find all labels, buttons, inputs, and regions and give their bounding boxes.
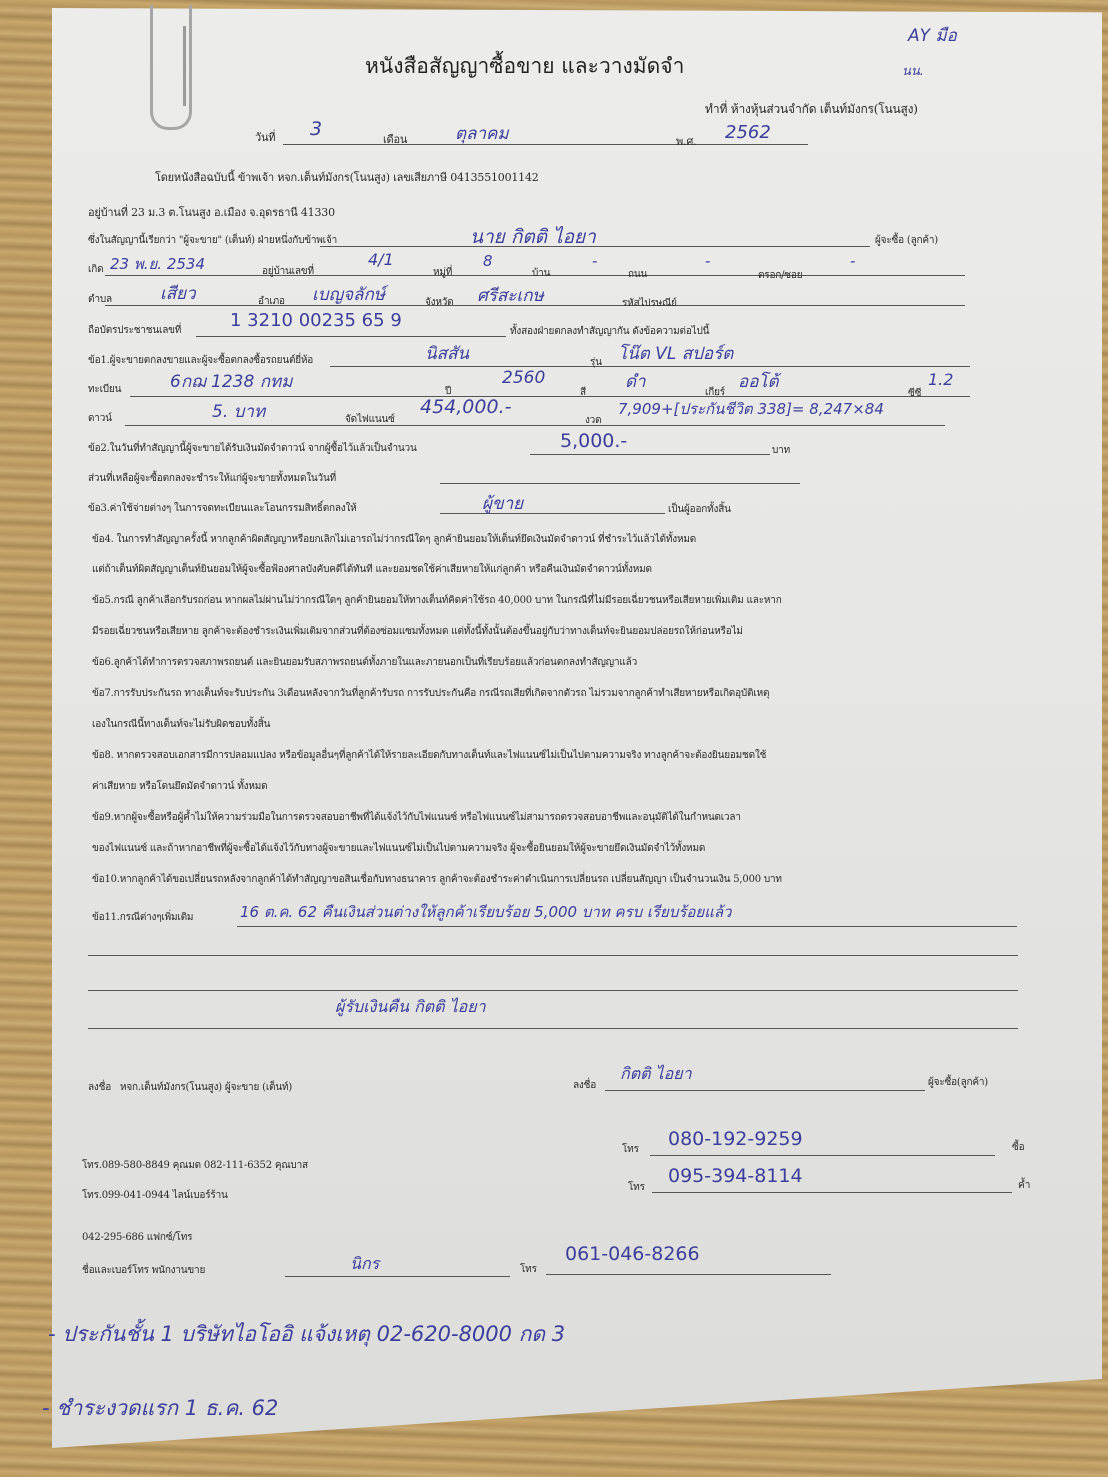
birth-label: เกิด	[88, 262, 103, 277]
seller-address: อยู่บ้านที่ 23 ม.3 ต.โนนสูง อ.เมือง จ.อุ…	[88, 203, 335, 221]
document-title: หนังสือสัญญาซื้อขาย และวางมัดจำ	[365, 50, 684, 83]
id-label: ถือบัตรประชาชนเลขที่	[88, 323, 181, 338]
road-label: ถนน	[628, 267, 647, 282]
day-label: วันที่	[255, 128, 275, 146]
salesperson-phone-line	[546, 1274, 831, 1275]
moo-label: หมู่ที่	[433, 265, 452, 280]
guarantor-phone[interactable]: 095-394-8114	[668, 1165, 803, 1187]
month-label: เดือน	[383, 130, 407, 148]
soi-label: ตรอก/ซอย	[758, 268, 802, 283]
clause1-label: ข้อ1.ผู้จะขายตกลงขายและผู้จะซื้อตกลงซื้อ…	[88, 353, 313, 368]
buyer-name[interactable]: นาย กิตติ ไอยา	[470, 222, 596, 252]
remainder-label: ส่วนที่เหลือผู้จะซื้อตกลงจะชำระให้แก่ผู้…	[88, 471, 336, 486]
salesperson-name[interactable]: นิกร	[350, 1252, 379, 1277]
footer-note-first-payment[interactable]: - ชำระงวดแรก 1 ธ.ค. 62	[42, 1392, 278, 1425]
province-value[interactable]: ศรีสะเกษ	[477, 282, 544, 309]
buyer-phone-label: โทร	[622, 1142, 639, 1157]
clause2-line	[530, 454, 770, 455]
clause-line: ข้อ9.หากผู้จะซื้อหรือผู้ค้ำไม่ให้ความร่ว…	[92, 810, 741, 825]
clause-line: ข้อ7.การรับประกันรถ ทางเต็นท์จะรับประกัน…	[92, 686, 769, 701]
clause3-line	[440, 513, 665, 514]
id-line	[196, 336, 506, 337]
clause3-value[interactable]: ผู้ขาย	[482, 490, 523, 517]
buyer-intro-label: ซึ่งในสัญญานี้เรียกว่า "ผู้จะขาย" (เต็นท…	[88, 233, 337, 248]
date-line	[283, 144, 808, 145]
clause-line: ข้อ8. หากตรวจสอบเอกสารมีการปลอมแปลง หรือ…	[92, 748, 766, 763]
moo-value[interactable]: 8	[483, 252, 493, 270]
installment-label: งวด	[585, 413, 601, 428]
id-value[interactable]: 1 3210 00235 65 9	[230, 310, 402, 331]
clause-line: ข้อ4. ในการทำสัญญาครั้งนี้ หากลูกค้าผิดส…	[92, 532, 696, 547]
seller-sign-label: ลงชื่อ	[88, 1080, 111, 1095]
corner-note-2: นน.	[902, 60, 924, 81]
clause-line: ข้อ10.หากลูกค้าได้ขอเปลี่ยนรถหลังจากลูกค…	[92, 872, 782, 887]
year-value[interactable]: 2562	[725, 122, 771, 143]
brand-value[interactable]: นิสสัน	[425, 340, 469, 367]
model-value[interactable]: โน๊ต VL สปอร์ต	[618, 340, 733, 367]
clause2-amount[interactable]: 5,000.-	[560, 430, 627, 452]
clause-line: แต่ถ้าเต็นท์ผิดสัญญาเต็นท์ยินยอมให้ผู้จะ…	[92, 562, 652, 577]
clause11-label: ข้อ11.กรณีต่างๆเพิ่มเติม	[92, 910, 193, 925]
salesperson-label: ชื่อและเบอร์โทร พนักงานขาย	[82, 1263, 205, 1278]
clause11-note-3[interactable]: ผู้รับเงินคืน กิตติ ไอยา	[335, 995, 486, 1020]
down-label: ดาวน์	[88, 411, 112, 426]
district-value[interactable]: เบญจลักษ์	[312, 281, 385, 308]
footer-note-insurance[interactable]: - ประกันชั้น 1 บริษัทไอโออิ แจ้งเหตุ 02-…	[48, 1318, 565, 1351]
subdistrict-value[interactable]: เสียว	[160, 280, 196, 307]
road-value[interactable]: -	[705, 252, 710, 270]
house-value[interactable]: 4/1	[368, 250, 394, 269]
color-value[interactable]: ดำ	[625, 368, 646, 395]
clause-line: ข้อ5.กรณี ลูกค้าเลือกรับรถก่อน หากผลไม่ผ…	[92, 593, 782, 608]
place-label: ทำที่ ห้างหุ้นส่วนจำกัด เต็นท์มังกร(โนนส…	[705, 100, 918, 119]
month-value[interactable]: ตุลาคม	[455, 120, 509, 147]
buyer-signature[interactable]: กิตติ ไอยา	[620, 1062, 692, 1087]
buyer-phone-suffix: ซื้อ	[1012, 1140, 1024, 1155]
clause11-line-4	[88, 1028, 1018, 1029]
clause-line: ข้อ6.ลูกค้าได้ทำการตรวจสภาพรถยนต์ และยิน…	[92, 655, 637, 670]
day-value[interactable]: 3	[310, 118, 322, 140]
color-label: สี	[580, 385, 586, 400]
clause-line: มีรอยเฉี่ยวชนหรือเสียหาย ลูกค้าจะต้องชำร…	[92, 624, 743, 639]
installment-value[interactable]: 7,909+[ประกันชีวิต 338]= 8,247×84	[618, 397, 884, 421]
finance-label: จัดไฟแนนซ์	[345, 412, 395, 427]
seller-intro: โดยหนังสือฉบับนี้ ข้าพเจ้า หจก.เต็นท์มัง…	[155, 168, 539, 186]
paperclip-inner-icon	[183, 26, 186, 106]
plate-value[interactable]: 6กฌ 1238 กทม	[170, 368, 292, 395]
village-label: บ้าน	[532, 266, 550, 281]
cc-label: ซีซี	[908, 386, 921, 401]
vehicle-year-value[interactable]: 2560	[502, 368, 545, 388]
clause11-line-1	[237, 926, 1017, 927]
down-value[interactable]: 5. บาท	[212, 398, 265, 425]
buyer-sign-line	[605, 1090, 925, 1091]
buyer-role-label: ผู้จะซื้อ (ลูกค้า)	[875, 233, 938, 248]
clause2-unit: บาท	[772, 443, 790, 458]
buyer-sign-label: ลงชื่อ	[573, 1078, 596, 1093]
model-label: รุ่น	[590, 355, 602, 370]
tent-phones: โทร.089-580-8849 คุณมด 082-111-6352 คุณบ…	[82, 1158, 308, 1173]
corner-note-1: AY มือ	[908, 22, 957, 49]
fax: 042-295-686 แฟกซ์/โทร	[82, 1230, 192, 1245]
year-label: พ.ศ.	[676, 132, 696, 150]
buyer-phone-line	[650, 1155, 995, 1156]
birth-value[interactable]: 23 พ.ย. 2534	[110, 252, 205, 276]
salesperson-phone-label: โทร	[520, 1262, 537, 1277]
salesperson-phone[interactable]: 061-046-8266	[565, 1243, 700, 1265]
buyer-role: ผู้จะซื้อ(ลูกค้า)	[928, 1075, 988, 1090]
gear-value[interactable]: ออโต้	[738, 368, 779, 395]
district-label: อำเภอ	[258, 294, 285, 309]
village-value[interactable]: -	[592, 252, 597, 270]
finance-value[interactable]: 454,000.-	[420, 396, 511, 418]
province-label: จังหวัด	[425, 295, 453, 310]
clause-line: ค่าเสียหาย หรือโดนยึดมัดจำดาวน์ ทั้งหมด	[92, 779, 267, 794]
soi-value[interactable]: -	[850, 252, 855, 270]
plate-label: ทะเบียน	[88, 382, 121, 397]
postcode-label: รหัสไปรษณีย์	[622, 296, 677, 311]
seller-name: หจก.เต็นท์มังกร(โนนสูง) ผู้จะขาย (เต็นท์…	[120, 1080, 292, 1095]
guarantor-phone-suffix: ค้ำ	[1018, 1178, 1030, 1193]
salesperson-line	[285, 1276, 510, 1277]
clause-line: เองในกรณีนี้ทางเต็นท์จะไม่รับผิดชอบทั้งส…	[92, 717, 270, 732]
guarantor-phone-line	[652, 1192, 1012, 1193]
clause11-line-2	[88, 955, 1018, 956]
remainder-line	[440, 483, 800, 484]
clause-line: ของไฟแนนซ์ และถ้าหากอาชีพที่ผู้จะซื้อได้…	[92, 841, 705, 856]
house-label: อยู่บ้านเลขที่	[262, 264, 314, 279]
clause2-text: ข้อ2.ในวันที่ทำสัญญานี้ผู้จะขายได้รับเงิ…	[88, 441, 417, 456]
id-suffix: ทั้งสองฝ่ายตกลงทำสัญญากัน ดังข้อความต่อไ…	[510, 324, 709, 339]
guarantor-phone-label: โทร	[628, 1180, 645, 1195]
clause3-text: ข้อ3.ค่าใช้จ่ายต่างๆ ในการจดทะเบียนและโอ…	[88, 501, 357, 516]
clause11-line-3	[88, 990, 1018, 991]
buyer-phone[interactable]: 080-192-9259	[668, 1128, 803, 1150]
clause11-note-1[interactable]: 16 ต.ค. 62 คืนเงินส่วนต่างให้ลูกค้าเรียบ…	[240, 900, 731, 924]
cc-value[interactable]: 1.2	[928, 370, 953, 389]
clause3-suffix: เป็นผู้ออกทั้งสิ้น	[668, 502, 731, 517]
line-phone: โทร.099-041-0944 ไลน์เบอร์ร้าน	[82, 1188, 228, 1203]
vehicle-line-3	[125, 425, 945, 426]
